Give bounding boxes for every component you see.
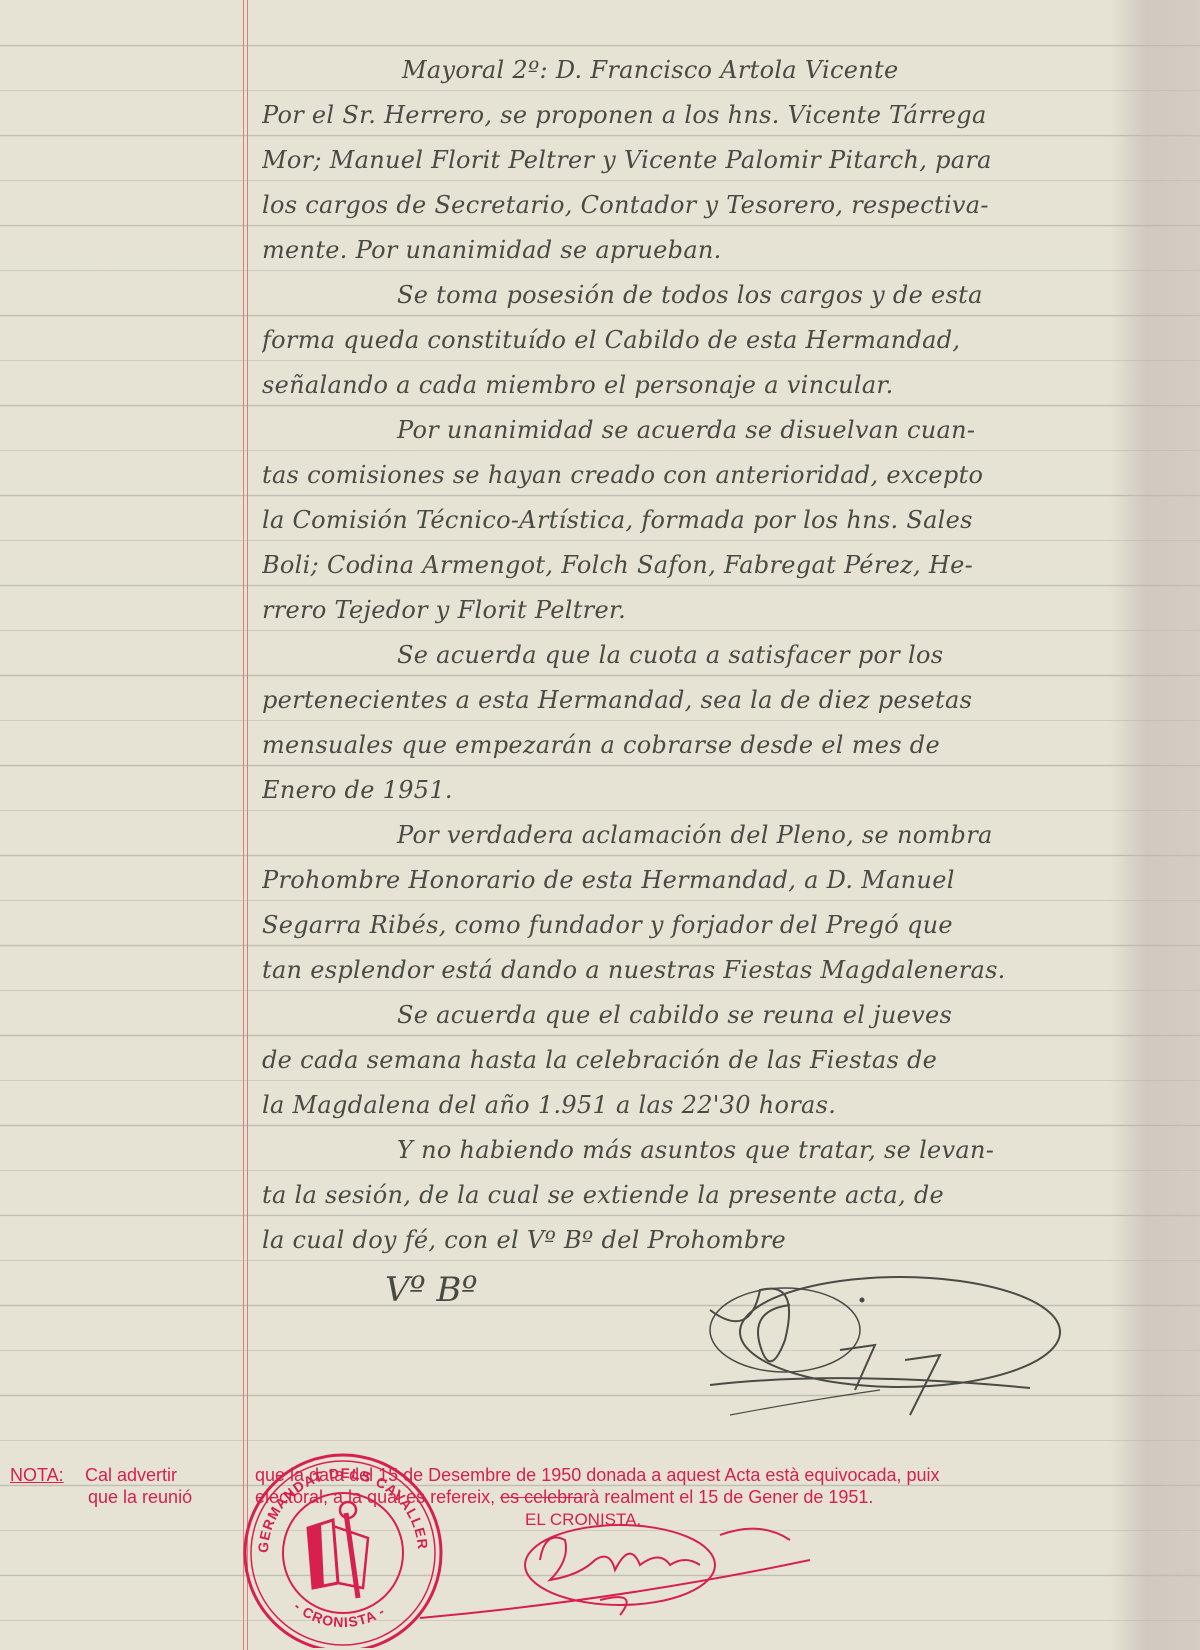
note-label: NOTA: [10,1465,64,1486]
text-line: Prohombre Honorario de esta Hermandad, a… [262,858,1105,903]
pencil-signature [690,1270,1070,1420]
text-line: la cual doy fé, con el Vº Bº del Prohomb… [262,1218,1105,1263]
margin-line [243,0,244,1650]
text-line: de cada semana hasta la celebración de l… [262,1038,1105,1083]
text-line: tan esplendor está dando a nuestras Fies… [262,948,1105,993]
struck-text: es celebra [500,1487,583,1507]
stamp-bottom-text: - CRONISTA - [291,1598,388,1630]
text-line: señalando a cada miembro el personaje a … [262,363,1105,408]
cronista-stamp: GERMANDAT DELS CAVALLERS DE LA CONQUESTA… [238,1448,448,1648]
text-line: Por el Sr. Herrero, se proponen a los hn… [262,93,1105,138]
margin-line [247,0,248,1650]
text-line: forma queda constituído el Cabildo de es… [262,318,1105,363]
text-line: tas comisiones se hayan creado con anter… [262,453,1105,498]
text-line: la Comisión Técnico-Artística, formada p… [262,498,1105,543]
binding-shadow [1110,0,1200,1650]
text-line: mente. Por unanimidad se aprueban. [262,228,1105,273]
svg-text:- CRONISTA -: - CRONISTA - [291,1598,388,1630]
text-line: Se acuerda que el cabildo se reuna el ju… [262,993,1105,1038]
text-line: la Magdalena del año 1.951 a las 22'30 h… [262,1083,1105,1128]
note-left-line: que la reunió [88,1487,192,1508]
note-left-line: Cal advertir [85,1465,177,1486]
text-line: los cargos de Secretario, Contador y Tes… [262,183,1105,228]
handwritten-body: Mayoral 2º: D. Francisco Artola Vicente … [262,48,1105,1263]
text-line: Se acuerda que la cuota a satisfacer por… [262,633,1105,678]
text-line: Por unanimidad se acuerda se disuelvan c… [262,408,1105,453]
text-line: Enero de 1951. [262,768,1105,813]
heading-line: Mayoral 2º: D. Francisco Artola Vicente [262,48,1105,93]
text-line: Por verdadera aclamación del Pleno, se n… [262,813,1105,858]
text-line: Segarra Ribés, como fundador y forjador … [262,903,1105,948]
visto-bueno-mark: Vº Bº [385,1270,477,1310]
text-line: ta la sesión, de la cual se extiende la … [262,1173,1105,1218]
text-line: mensuales que empezarán a cobrarse desde… [262,723,1105,768]
text-line: rrero Tejedor y Florit Peltrer. [262,588,1105,633]
text-line: Mor; Manuel Florit Peltrer y Vicente Pal… [262,138,1105,183]
ruled-page: Mayoral 2º: D. Francisco Artola Vicente … [0,0,1200,1650]
text-line: Se toma posesión de todos los cargos y d… [262,273,1105,318]
note-text: rà realment el 15 de Gener de 1951. [583,1487,873,1507]
text-line: Y no habiendo más asuntos que tratar, se… [262,1128,1105,1173]
text-line: Boli; Codina Armengot, Folch Safon, Fabr… [262,543,1105,588]
cronista-signature [420,1520,810,1630]
text-line: pertenecientes a esta Hermandad, sea la … [262,678,1105,723]
